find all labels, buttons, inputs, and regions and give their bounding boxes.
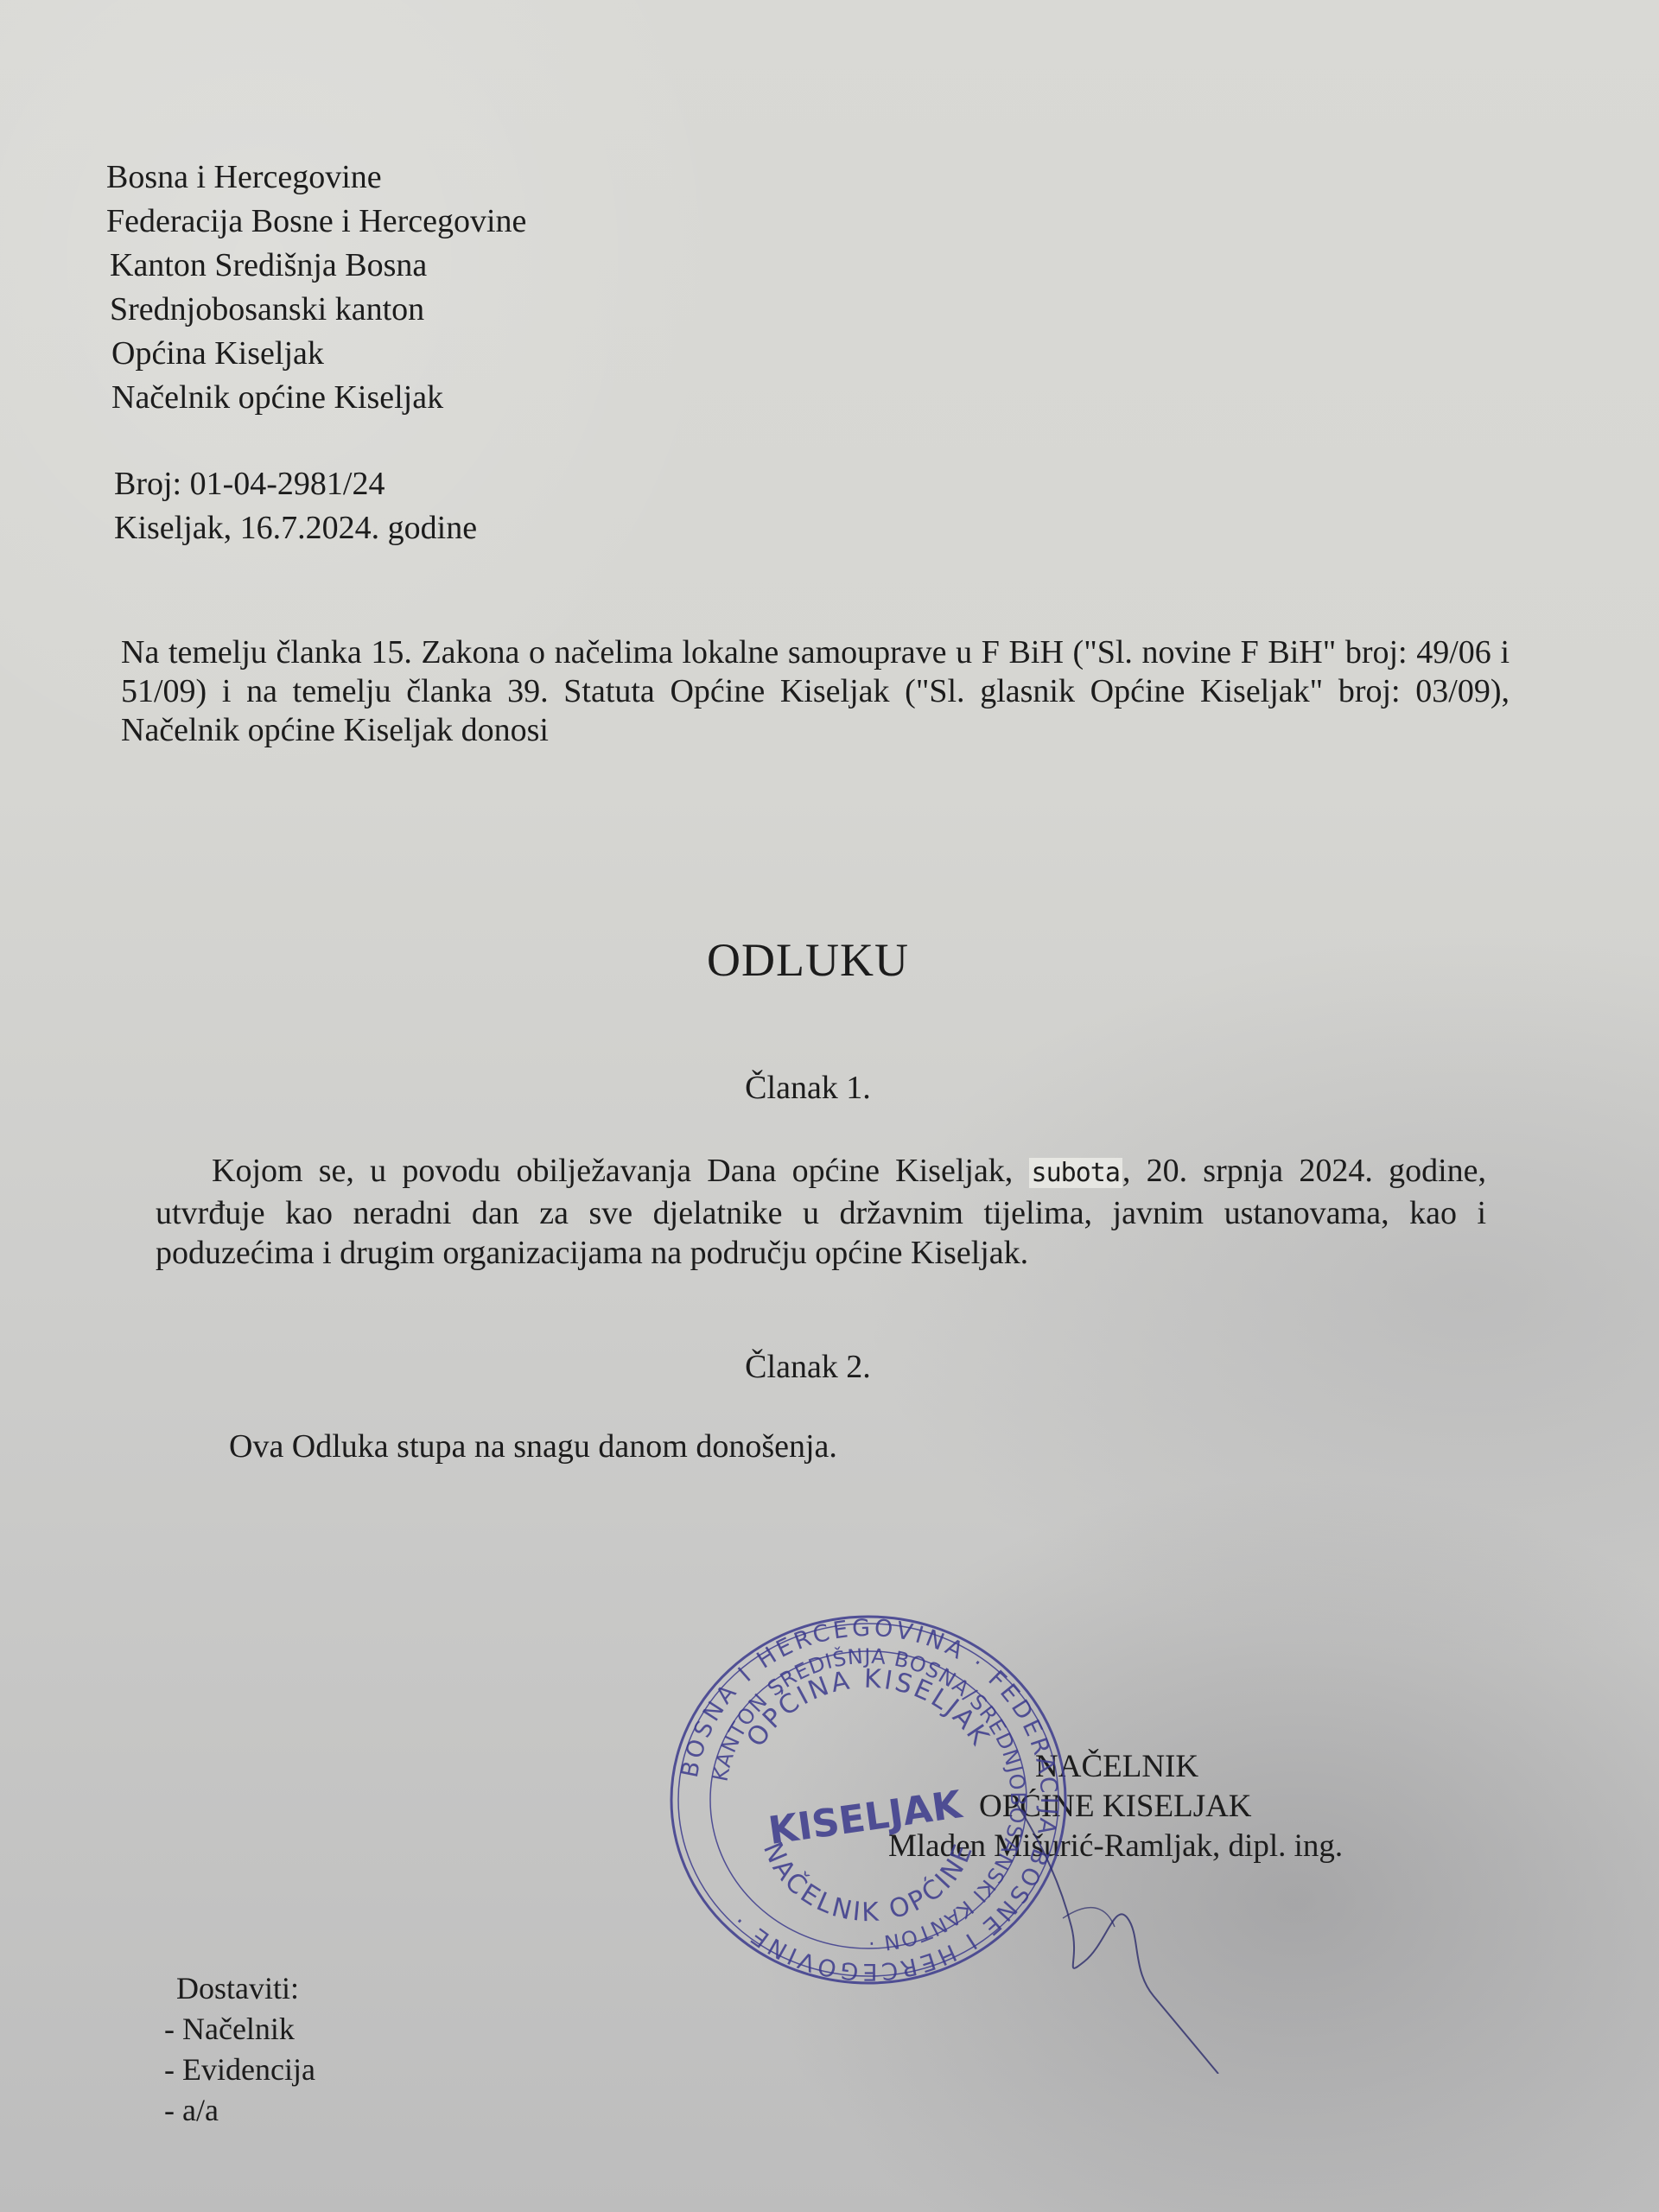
preamble-text: Na temelju članka 15. Zakona o načelima … [121, 633, 1510, 750]
handwritten-signature-icon [1011, 1797, 1253, 2074]
distribution-list: Dostaviti: - Načelnik - Evidencija - a/a [164, 1968, 315, 2131]
header-line-mayor: Načelnik općine Kiseljak [106, 376, 526, 420]
header-line-federation: Federacija Bosne i Hercegovine [106, 200, 526, 244]
document-page: Bosna i Hercegovine Federacija Bosne i H… [0, 0, 1659, 2212]
article-1-heading: Članak 1. [0, 1069, 1616, 1107]
article-2-body: Ova Odluka stupa na snagu danom donošenj… [229, 1427, 837, 1465]
distribution-item: - Načelnik [164, 2009, 315, 2050]
header-line-canton: Kanton Središnja Bosna [106, 244, 526, 288]
place-and-date: Kiseljak, 16.7.2024. godine [114, 506, 477, 550]
preamble: Na temelju članka 15. Zakona o načelima … [121, 633, 1510, 750]
article-1-body: Kojom se, u povodu obilježavanja Dana op… [156, 1151, 1486, 1273]
article-2-heading: Članak 2. [0, 1348, 1616, 1386]
reference-number: Broj: 01-04-2981/24 [114, 462, 477, 506]
article-1-text: Kojom se, u povodu obilježavanja Dana op… [156, 1151, 1486, 1273]
document-title: ODLUKU [0, 933, 1616, 987]
distribution-title: Dostaviti: [164, 1968, 315, 2009]
reference-block: Broj: 01-04-2981/24 Kiseljak, 16.7.2024.… [114, 462, 477, 550]
header-line-municipality: Općina Kiseljak [106, 332, 526, 376]
handwritten-correction: subota [1029, 1158, 1122, 1188]
distribution-item: - Evidencija [164, 2050, 315, 2090]
header-line-canton-alt: Srednjobosanski kanton [106, 288, 526, 332]
issuer-header: Bosna i Hercegovine Federacija Bosne i H… [106, 156, 526, 420]
header-line-country: Bosna i Hercegovine [106, 156, 526, 200]
distribution-item: - a/a [164, 2090, 315, 2131]
article-1-text-before: Kojom se, u povodu obilježavanja Dana op… [212, 1153, 1029, 1189]
stamp-center-text: KISELJAK [766, 1783, 966, 1853]
